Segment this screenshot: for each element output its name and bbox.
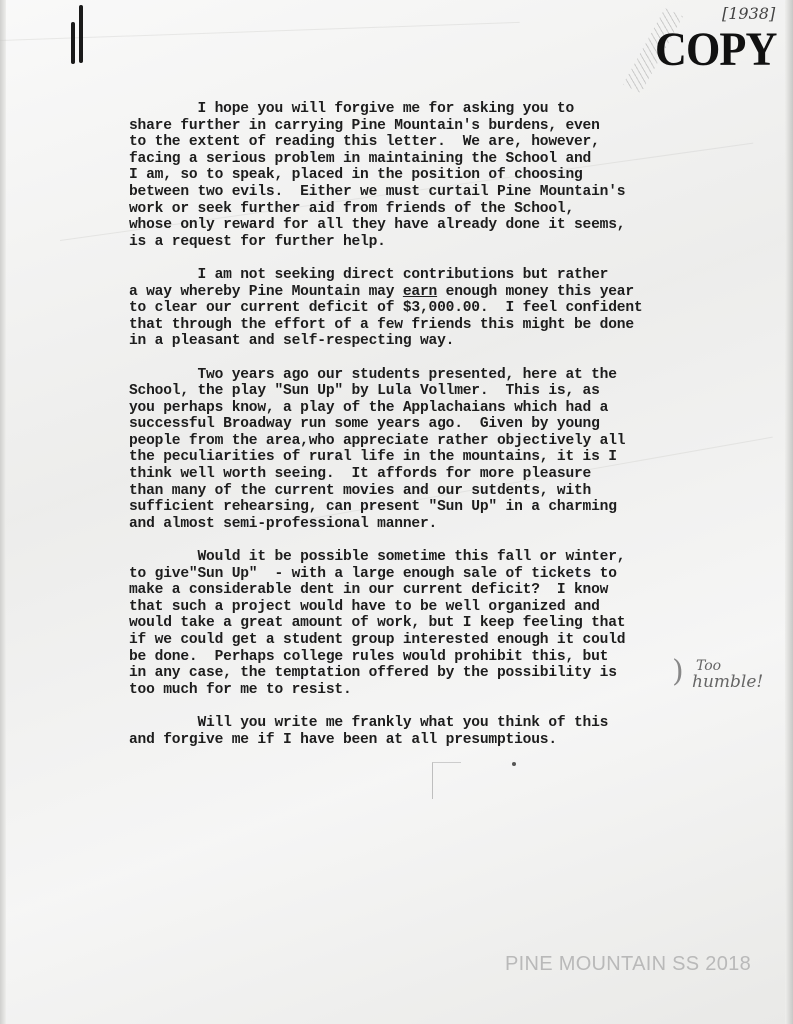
text-line: Two years ago our students presented, he… <box>129 367 617 383</box>
text-line: between two evils. Either we must curtai… <box>129 184 625 200</box>
paper-crease <box>0 22 520 41</box>
text-line: facing a serious problem in maintaining … <box>129 151 591 167</box>
text-line: Will you write me frankly what you think… <box>129 715 608 731</box>
page-edge <box>0 0 6 1024</box>
archive-watermark: PINE MOUNTAIN SS 2018 <box>505 953 751 976</box>
text-line: a way whereby Pine Mountain may <box>129 284 403 300</box>
text-line: I am, so to speak, placed in the positio… <box>129 167 583 183</box>
text-line: to the extent of reading this letter. We… <box>129 134 600 150</box>
text-line: to give"Sun Up" - with a large enough sa… <box>129 566 617 582</box>
year-annotation: [1938] <box>722 4 775 23</box>
text-line: School, the play "Sun Up" by Lula Vollme… <box>129 383 600 399</box>
text-line: if we could get a student group interest… <box>129 632 625 648</box>
staple-mark-icon <box>71 22 75 64</box>
staple-mark-icon <box>79 5 83 63</box>
text-line: be done. Perhaps college rules would pro… <box>129 649 608 665</box>
ink-dot <box>512 762 516 766</box>
copy-stamp: COPY <box>655 22 776 77</box>
page-edge <box>785 0 793 1024</box>
text-line: make a considerable dent in our current … <box>129 582 608 598</box>
text-line: is a request for further help. <box>129 234 386 250</box>
letter-body: I hope you will forgive me for asking yo… <box>129 101 729 765</box>
paragraph-1: I hope you will forgive me for asking yo… <box>129 101 729 250</box>
text-line: in any case, the temptation offered by t… <box>129 665 617 681</box>
text-line: the peculiarities of rural life in the m… <box>129 449 617 465</box>
text-line: share further in carrying Pine Mountain'… <box>129 118 600 134</box>
underlined-word-earn: earn <box>403 284 437 300</box>
text-line: whose only reward for all they have alre… <box>129 217 625 233</box>
text-line: successful Broadway run some years ago. … <box>129 416 600 432</box>
text-line: work or seek further aid from friends of… <box>129 201 574 217</box>
text-line: I hope you will forgive me for asking yo… <box>129 101 574 117</box>
text-line: enough money this year <box>437 284 634 300</box>
text-line: in a pleasant and self-respecting way. <box>129 333 454 349</box>
text-line: Would it be possible sometime this fall … <box>129 549 625 565</box>
text-line: think well worth seeing. It affords for … <box>129 466 591 482</box>
text-line: would take a great amount of work, but I… <box>129 615 625 631</box>
text-line: that such a project would have to be wel… <box>129 599 600 615</box>
text-line: and almost semi-professional manner. <box>129 516 437 532</box>
text-line: you perhaps know, a play of the Applacha… <box>129 400 608 416</box>
handwritten-line: humble! <box>692 673 763 691</box>
text-line: sufficient rehearsing, can present "Sun … <box>129 499 617 515</box>
text-line: that through the effort of a few friends… <box>129 317 634 333</box>
paragraph-4: Would it be possible sometime this fall … <box>129 549 729 698</box>
bracket-mark: ) <box>672 663 684 681</box>
paragraph-5: Will you write me frankly what you think… <box>129 715 729 748</box>
text-line: than many of the current movies and our … <box>129 483 591 499</box>
paragraph-3: Two years ago our students presented, he… <box>129 367 729 533</box>
text-line: to clear our current deficit of $3,000.0… <box>129 300 642 316</box>
text-line: and forgive me if I have been at all pre… <box>129 732 557 748</box>
text-line: people from the area,who appreciate rath… <box>129 433 625 449</box>
text-line: I am not seeking direct contributions bu… <box>129 267 608 283</box>
pencil-smudge <box>432 762 461 799</box>
text-line: too much for me to resist. <box>129 682 352 698</box>
paragraph-2: I am not seeking direct contributions bu… <box>129 267 729 350</box>
